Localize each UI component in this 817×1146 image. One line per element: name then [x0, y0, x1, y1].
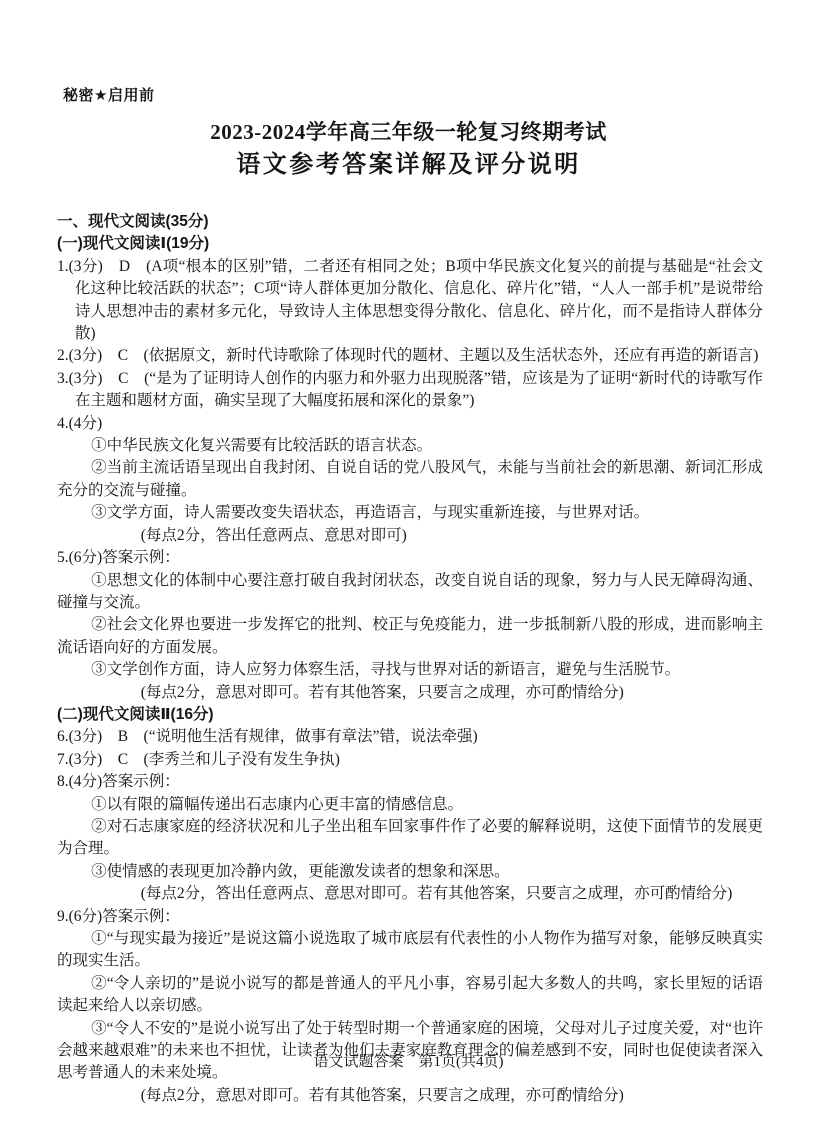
- answer-q8-point-2: ②对石志康家庭的经济状况和儿子坐出租车回家事件作了必要的解释说明，这使下面情节的…: [57, 816, 763, 861]
- answer-q3: 3.(3分) C (“是为了证明诗人创作的内驱力和外驱力出现脱落”错，应该是为了…: [57, 368, 763, 413]
- answer-q8-point-1: ①以有限的篇幅传递出石志康内心更丰富的情感信息。: [57, 794, 763, 816]
- page-footer: 语文试题答案 第1页(共4页): [0, 1050, 817, 1071]
- answer-q5-point-1: ①思想文化的体制中心要注意打破自我封闭状态，改变自说自话的现象，努力与人民无障碍…: [57, 570, 763, 615]
- answer-q4-point-3: ③文学方面，诗人需要改变失语状态，再造语言，与现实重新连接，与世界对话。: [57, 502, 763, 524]
- answer-q8-point-3: ③使情感的表现更加冷静内敛，更能激发读者的想象和深思。: [57, 861, 763, 883]
- scoring-note-q9: (每点2分，意思对即可。若有其他答案，只要言之成理，亦可酌情给分): [57, 1085, 763, 1107]
- answer-q8: 8.(4分)答案示例：: [57, 771, 763, 793]
- answer-q9-point-1: ①“与现实最为接近”是说这篇小说选取了城市底层有代表性的小人物作为描写对象，能够…: [57, 928, 763, 973]
- answer-q1: 1.(3分) D (A项“根本的区别”错，二者还有相同之处；B项中华民族文化复兴…: [57, 256, 763, 346]
- scoring-note-q5: (每点2分，意思对即可。若有其他答案，只要言之成理，亦可酌情给分): [57, 682, 763, 704]
- section-heading-modern-reading: 一、现代文阅读(35分): [57, 211, 763, 233]
- answer-q9-point-2: ②“令人亲切的”是说小说写的都是普通人的平凡小事，容易引起大多数人的共鸣，家长里…: [57, 973, 763, 1018]
- exam-answer-page: 秘密★启用前 2023-2024学年高三年级一轮复习终期考试 语文参考答案详解及…: [0, 0, 817, 1146]
- answer-q2: 2.(3分) C (依据原文，新时代诗歌除了体现时代的题材、主题以及生活状态外，…: [57, 345, 763, 367]
- answer-key-subtitle: 语文参考答案详解及评分说明: [0, 144, 817, 179]
- exam-title: 2023-2024学年高三年级一轮复习终期考试: [0, 116, 817, 146]
- answer-key-body: 一、现代文阅读(35分) (一)现代文阅读Ⅰ(19分) 1.(3分) D (A项…: [57, 211, 763, 1107]
- scoring-note-q4: (每点2分，答出任意两点、意思对即可): [57, 525, 763, 547]
- answer-q4-point-1: ①中华民族文化复兴需要有比较活跃的语言状态。: [57, 435, 763, 457]
- answer-q5-point-3: ③文学创作方面，诗人应努力体察生活，寻找与世界对话的新语言，避免与生活脱节。: [57, 659, 763, 681]
- scoring-note-q8: (每点2分，答出任意两点、意思对即可。若有其他答案，只要言之成理，亦可酌情给分): [57, 883, 763, 905]
- answer-q7: 7.(3分) C (李秀兰和儿子没有发生争执): [57, 749, 763, 771]
- part-heading-reading-2: (二)现代文阅读Ⅱ(16分): [57, 704, 763, 726]
- answer-q6: 6.(3分) B (“说明他生活有规律，做事有章法”错，说法牵强): [57, 726, 763, 748]
- answer-q9: 9.(6分)答案示例：: [57, 906, 763, 928]
- answer-q4-point-2: ②当前主流话语呈现出自我封闭、自说自话的党八股风气，未能与当前社会的新思潮、新词…: [57, 457, 763, 502]
- answer-q4: 4.(4分): [57, 413, 763, 435]
- answer-q5: 5.(6分)答案示例：: [57, 547, 763, 569]
- answer-q5-point-2: ②社会文化界也要进一步发挥它的批判、校正与免疫能力，进一步抵制新八股的形成，进而…: [57, 614, 763, 659]
- part-heading-reading-1: (一)现代文阅读Ⅰ(19分): [57, 233, 763, 255]
- security-label: 秘密★启用前: [63, 84, 154, 105]
